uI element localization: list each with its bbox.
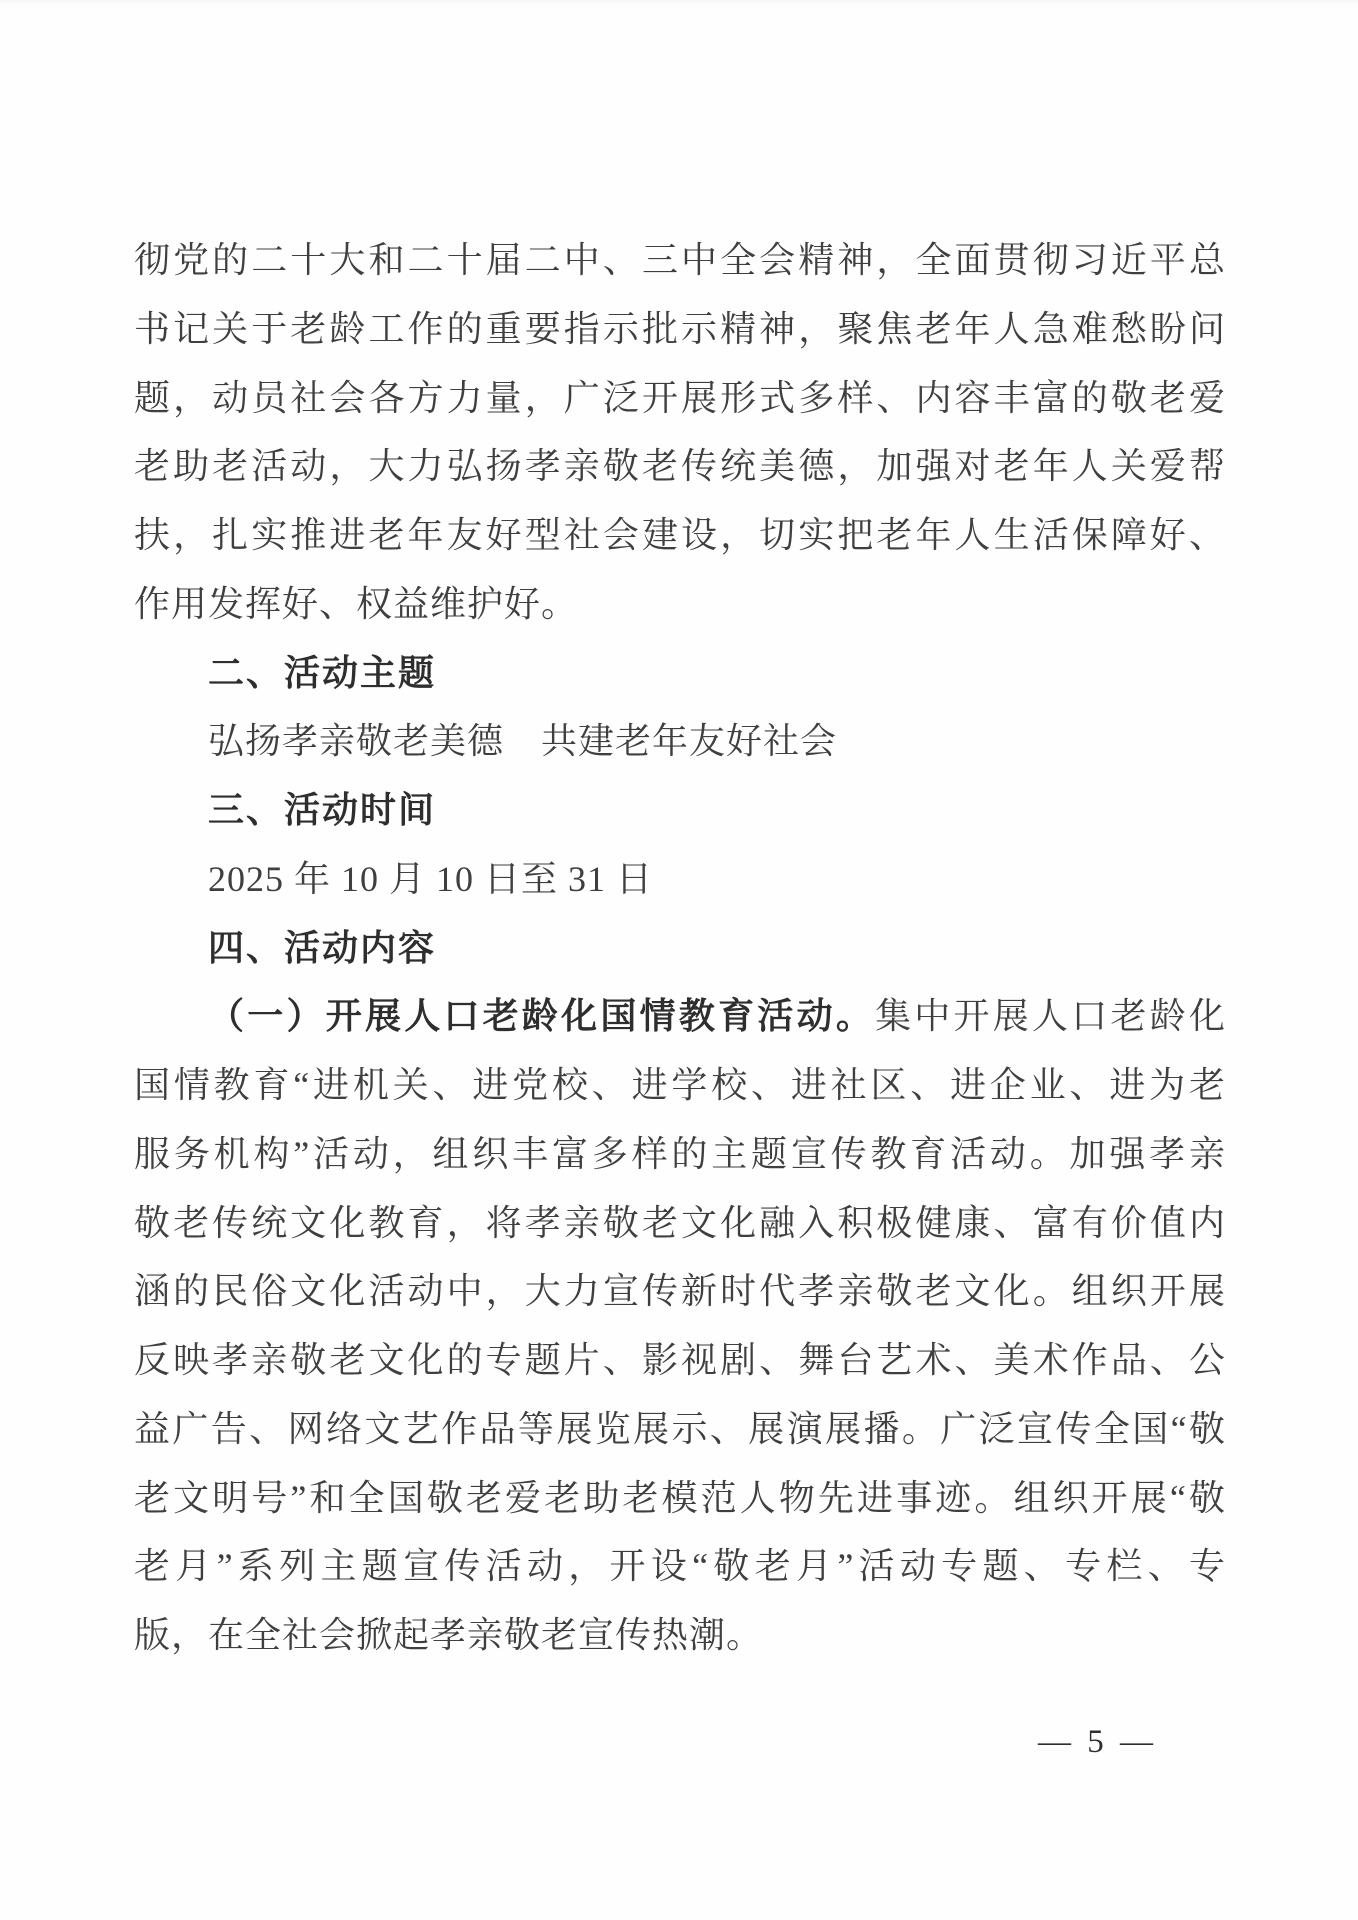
body-text-line: 作用发挥好、权益维护好。 [134,570,1226,639]
body-text-line: 版，在全社会掀起孝亲敬老宣传热潮。 [134,1601,1226,1670]
body-text-line: 涵的民俗文化活动中，大力宣传新时代孝亲敬老文化。组织开展 [134,1257,1226,1326]
section-heading-activity-content: 四、活动内容 [134,914,1226,983]
body-text-line: 扶，扎实推进老年友好型社会建设，切实把老年人生活保障好、 [134,501,1226,570]
body-text-line: 益广告、网络文艺作品等展览展示、展演展播。广泛宣传全国“敬 [134,1395,1226,1464]
body-text-line: 服务机构”活动，组织丰富多样的主题宣传教育活动。加强孝亲 [134,1120,1226,1189]
body-text-line: 老助老活动，大力弘扬孝亲敬老传统美德，加强对老年人关爱帮 [134,432,1226,501]
body-text-line: 国情教育“进机关、进党校、进学校、进社区、进企业、进为老 [134,1051,1226,1120]
body-text-line: 敬老传统文化教育，将孝亲敬老文化融入积极健康、富有价值内 [134,1189,1226,1258]
activity-theme-text: 弘扬孝亲敬老美德 共建老年友好社会 [134,707,1226,776]
item-one-first-line-rest: 集中开展人口老龄化 [875,996,1226,1036]
item-one-lead: （一）开展人口老龄化国情教育活动。 [208,995,875,1036]
section-heading-activity-theme: 二、活动主题 [134,639,1226,708]
body-text-line: 反映孝亲敬老文化的专题片、影视剧、舞台艺术、美术作品、公 [134,1326,1226,1395]
body-text-line: 彻党的二十大和二十届二中、三中全会精神，全面贯彻习近平总 [134,226,1226,295]
body-text-line: 老月”系列主题宣传活动，开设“敬老月”活动专题、专栏、专 [134,1532,1226,1601]
body-text-line: 老文明号”和全国敬老爱老助老模范人物先进事迹。组织开展“敬 [134,1464,1226,1533]
body-text-line: 题，动员社会各方力量，广泛开展形式多样、内容丰富的敬老爱 [134,364,1226,433]
page-number: — 5 — [1038,1724,1157,1761]
document-page: 彻党的二十大和二十届二中、三中全会精神，全面贯彻习近平总 书记关于老龄工作的重要… [0,0,1358,1920]
document-body: 彻党的二十大和二十届二中、三中全会精神，全面贯彻习近平总 书记关于老龄工作的重要… [134,226,1226,1670]
section-heading-activity-time: 三、活动时间 [134,776,1226,845]
body-text-line: 书记关于老龄工作的重要指示批示精神，聚焦老年人急难愁盼问 [134,295,1226,364]
item-one-first-line: （一）开展人口老龄化国情教育活动。集中开展人口老龄化 [134,982,1226,1051]
activity-time-text: 2025 年 10 月 10 日至 31 日 [134,845,1226,914]
